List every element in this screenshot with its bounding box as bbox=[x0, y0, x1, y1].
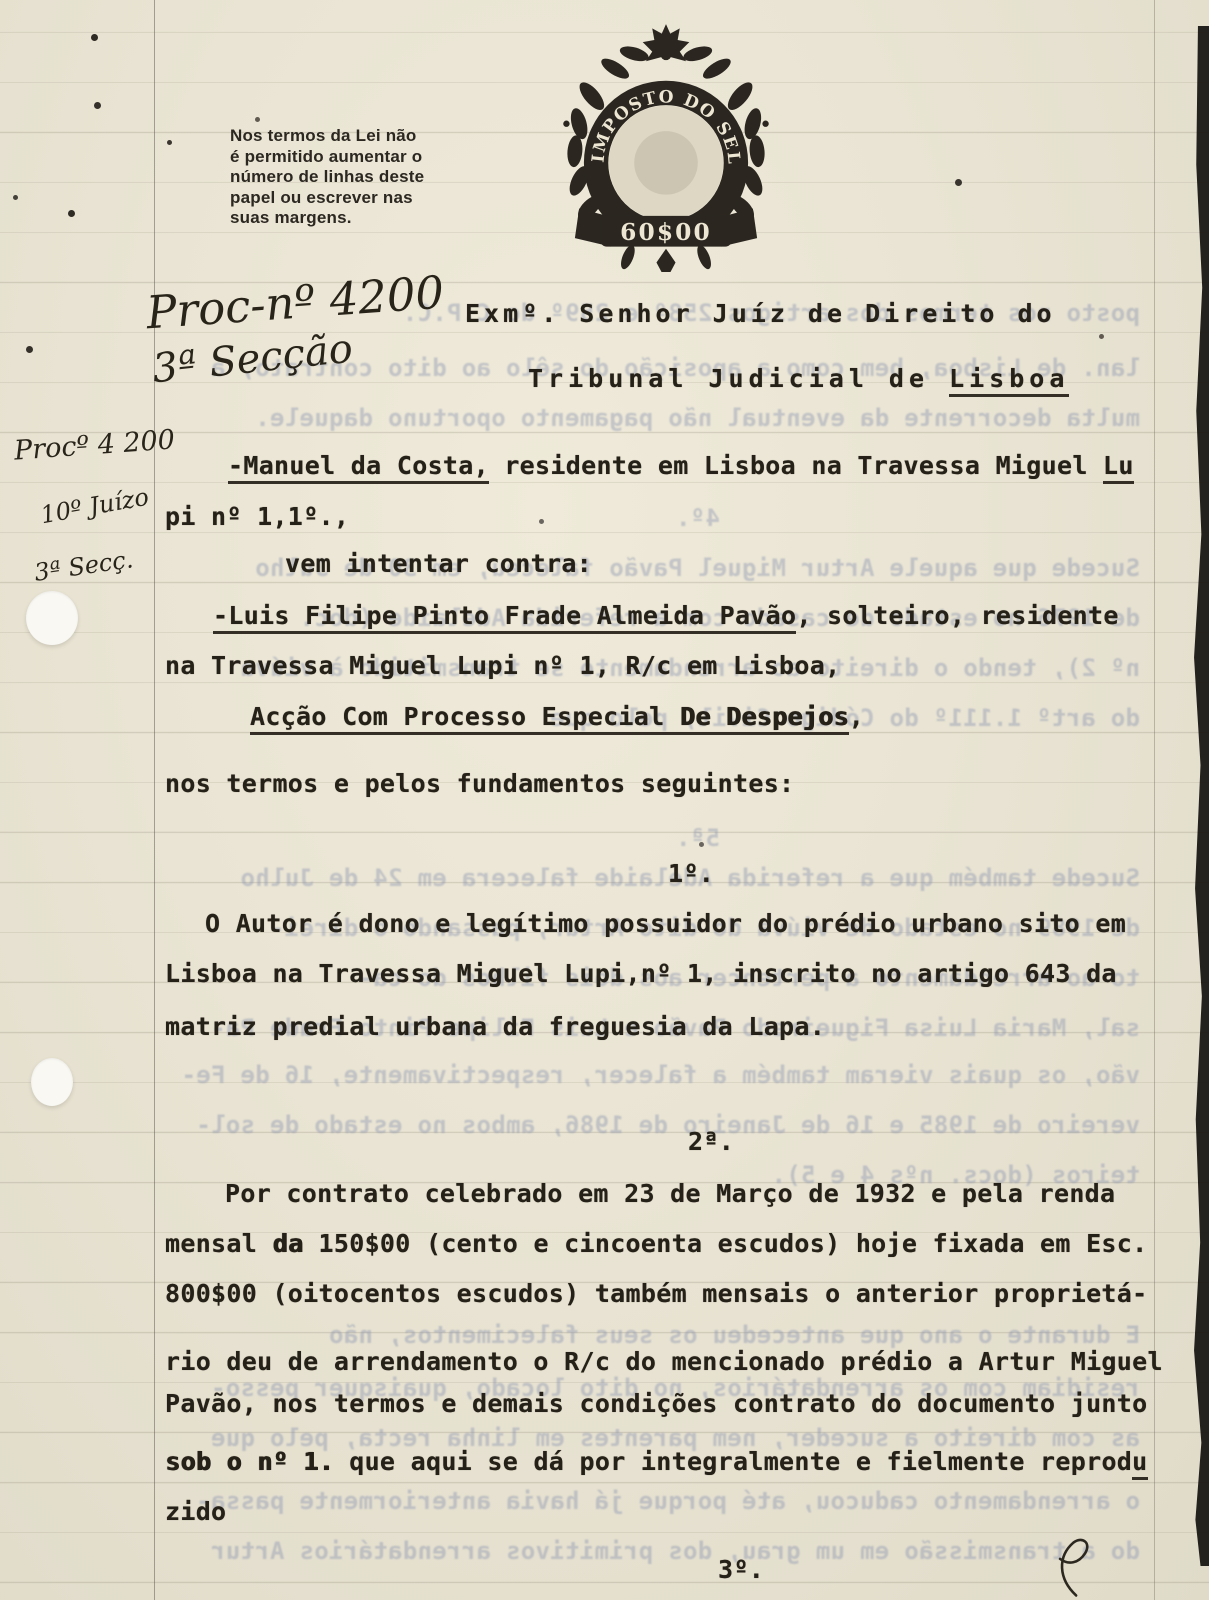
ghost-line: vereiro de 1985 e 16 de Janeiro de 1986,… bbox=[196, 1112, 1140, 1138]
notice-line: número de linhas deste bbox=[230, 167, 430, 188]
heading-addressee: Exmº. Senhor Juíz de Direito do bbox=[465, 300, 1056, 329]
section-2-line-1: Por contrato celebrado em 23 de Março de… bbox=[225, 1180, 1115, 1209]
notice-line: é permitido aumentar o bbox=[230, 147, 430, 168]
punch-hole-bottom bbox=[31, 1058, 73, 1106]
rent-amount: 150$00 (cento e cincoenta escudos) hoje … bbox=[303, 1229, 1147, 1258]
section-2-line-3: 800$00 (oitocentos escudos) também mensa… bbox=[165, 1280, 1147, 1309]
defendant-line-2: na Travessa Miguel Lupi nº 1, R/c em Lis… bbox=[165, 652, 840, 681]
section-1-line-1: O Autor é dono e legítimo possuidor do p… bbox=[205, 910, 1126, 939]
ink-specks bbox=[0, 0, 3, 3]
heading-court-pre: Tribunal Judicial de bbox=[528, 364, 949, 393]
action-title-emphasis: De Despejos bbox=[680, 702, 849, 731]
ghost-line: E durante o ano que antecedeu os seus fa… bbox=[329, 1322, 1140, 1348]
section-3-marker: 3º. bbox=[718, 1556, 764, 1585]
plaintiff-name: -Manuel da Costa, bbox=[228, 451, 489, 484]
heading-court-city: Lisboa bbox=[949, 364, 1069, 397]
section-1-line-3: matriz predial urbana da freguesia da La… bbox=[165, 1013, 825, 1042]
section-1-line-2: Lisboa na Travessa Miguel Lupi,nº 1, ins… bbox=[165, 960, 1117, 989]
imposto-do-selo-stamp-icon: IMPOSTO DO SELO 60$00 bbox=[560, 22, 772, 272]
reproduction-clause: que aqui se dá por integralmente e fielm… bbox=[334, 1447, 1132, 1476]
pen-flourish-mark bbox=[1042, 1531, 1122, 1600]
notice-line: papel ou escrever nas bbox=[230, 188, 430, 209]
ghost-line: do a transmissão em um grau, dos primiti… bbox=[211, 1538, 1140, 1564]
intro-line: vem intentar contra: bbox=[285, 550, 592, 579]
section-1-marker: 1º. bbox=[668, 860, 714, 889]
section-2-line-4: rio deu de arrendamento o R/c do mencion… bbox=[165, 1348, 1163, 1377]
defendant-line: -Luis Filipe Pinto Frade Almeida Pavão, … bbox=[213, 602, 1119, 631]
plaintiff-line-2: pi nº 1,1º., bbox=[165, 503, 349, 532]
defendant-name: -Luis Filipe Pinto Frade Almeida Pavão bbox=[213, 601, 796, 634]
notice-line: suas margens. bbox=[230, 208, 430, 229]
section-2-line-6: sob o nº 1. que aqui se dá por integralm… bbox=[165, 1448, 1148, 1477]
heading-court: Tribunal Judicial de Lisboa bbox=[528, 365, 1069, 394]
punch-hole-top bbox=[26, 591, 78, 645]
section-2-line-5: Pavão, nos termos e demais condições con… bbox=[165, 1390, 1147, 1419]
notice-line: Nos termos da Lei não bbox=[230, 126, 430, 147]
action-title-line: Acção Com Processo Especial De Despejos, bbox=[250, 703, 864, 732]
document-ref: sob o nº 1. bbox=[165, 1447, 334, 1476]
hyphenated-u: u bbox=[1132, 1447, 1147, 1480]
ghost-line: 5ª. bbox=[676, 825, 720, 851]
scanned-legal-document-page: posto nos termos dos artigos 258º e 259º… bbox=[0, 0, 1209, 1600]
action-title: Acção Com Processo Especial bbox=[250, 702, 680, 731]
printed-margin-notice: Nos termos da Lei não é permitido aument… bbox=[230, 126, 430, 229]
defendant-status: , solteiro, residente bbox=[796, 601, 1118, 630]
plaintiff-line: -Manuel da Costa, residente em Lisboa na… bbox=[228, 452, 1134, 481]
rent-overstrike: da bbox=[272, 1229, 303, 1258]
section-2-line-7: zido bbox=[165, 1498, 226, 1527]
terms-line: nos termos e pelos fundamentos seguintes… bbox=[165, 770, 794, 799]
ghost-line: vão, os quais vieram também a falecer, r… bbox=[181, 1062, 1140, 1088]
section-2-marker: 2ª. bbox=[688, 1128, 734, 1157]
ghost-line: 4º. bbox=[676, 505, 720, 531]
ghost-line: o arrendamento caducou, até porque já ha… bbox=[196, 1488, 1140, 1514]
stamp-value-text: 60$00 bbox=[620, 219, 712, 246]
ghost-line: multa decorrente da eventual não pagamen… bbox=[255, 405, 1140, 431]
section-2-line-2: mensal da 150$00 (cento e cincoenta escu… bbox=[165, 1230, 1148, 1259]
plaintiff-address-hyphen: Lu bbox=[1103, 451, 1134, 484]
plaintiff-address: residente em Lisboa na Travessa Miguel bbox=[489, 451, 1103, 480]
rent-prefix: mensal bbox=[165, 1229, 272, 1258]
action-title-comma: , bbox=[849, 702, 864, 731]
